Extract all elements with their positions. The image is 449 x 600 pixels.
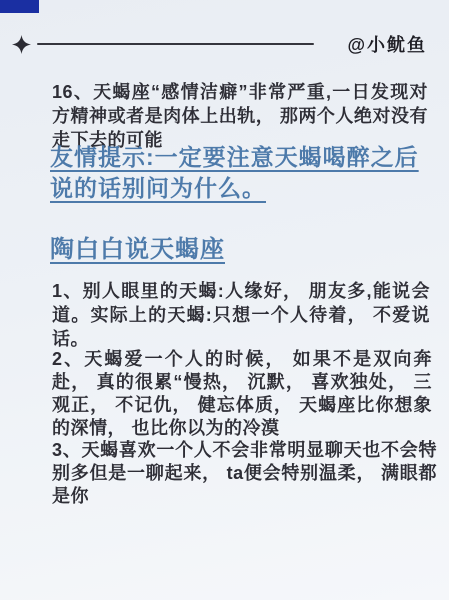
scorpio-text-card: @小鱿鱼 16、天蝎座“感情洁癖”非常严重,一日发现对方精神或者是肉体上出轨， … — [0, 0, 449, 600]
sparkle-icon — [12, 35, 31, 54]
divider-line — [37, 43, 314, 45]
corner-accent-bar — [0, 0, 39, 13]
section-heading-text: 陶白白说天蝎座 — [50, 236, 225, 263]
header: @小鱿鱼 — [12, 31, 427, 57]
friendly-tip-text: 友情提示:一定要注意天蝎喝醉之后说的话别问为什么。 — [50, 144, 419, 201]
section-heading: 陶白白说天蝎座 — [50, 229, 225, 264]
point-1: 1、别人眼里的天蝎:人缘好， 朋友多,能说会道。实际上的天蝎:只想一个人待着， … — [52, 279, 430, 351]
author-handle: @小鱿鱼 — [347, 31, 427, 57]
friendly-tip-heading: 友情提示:一定要注意天蝎喝醉之后说的话别问为什么。 — [50, 142, 438, 204]
point-3: 3、天蝎喜欢一个人不会非常明显聊天也不会特别多但是一聊起来， ta便会特别温柔，… — [52, 439, 437, 508]
point-2: 2、天蝎爱一个人的时候， 如果不是双向奔赴， 真的很累“慢热， 沉默， 喜欢独处… — [52, 348, 432, 440]
